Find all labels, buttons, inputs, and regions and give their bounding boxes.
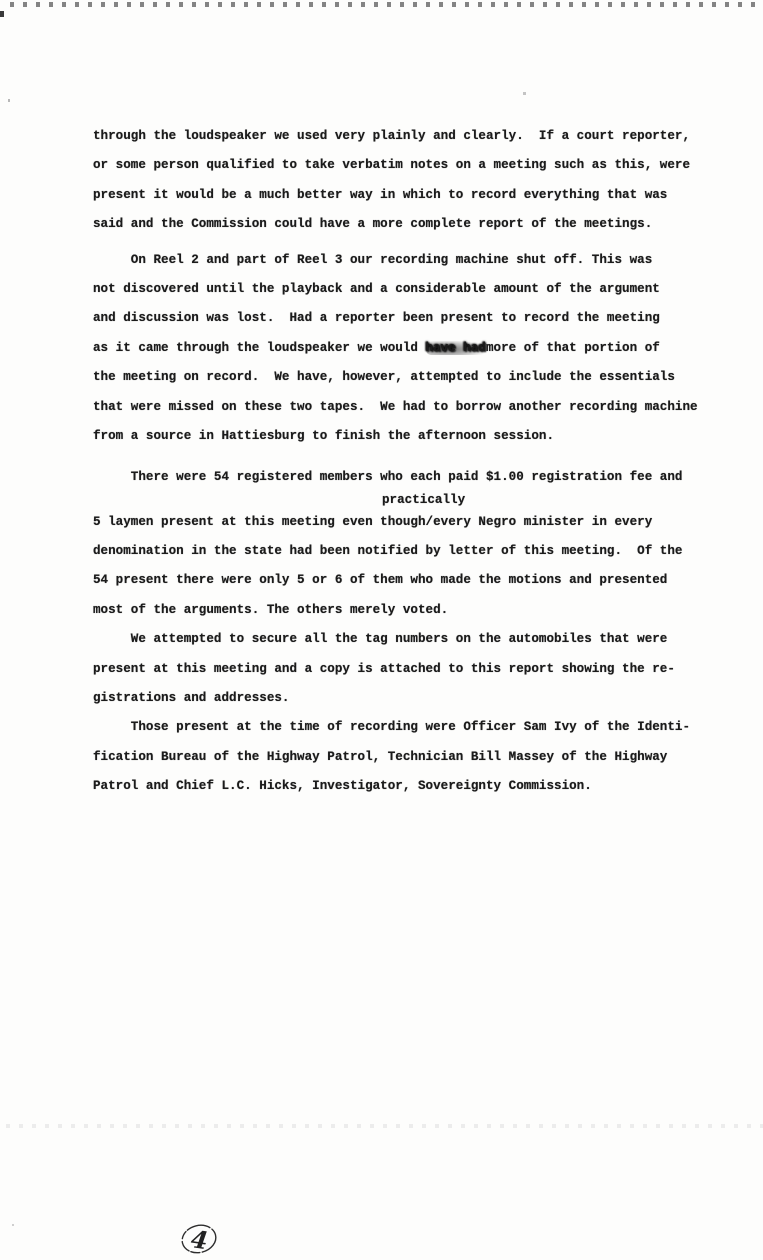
- typed-segment: as it came through the loudspeaker we wo…: [93, 341, 426, 355]
- paragraph-loudspeaker: through the loudspeaker we used very pla…: [93, 122, 763, 240]
- typed-line: denomination in the state had been notif…: [93, 537, 763, 566]
- typed-line: present at this meeting and a copy is at…: [93, 655, 763, 684]
- typed-line-with-overstrike: as it came through the loudspeaker we wo…: [93, 334, 763, 363]
- typed-line: present it would be a much better way in…: [93, 181, 763, 210]
- typed-line: through the loudspeaker we used very pla…: [93, 122, 763, 151]
- typed-line: the meeting on record. We have, however,…: [93, 363, 763, 392]
- scan-speck: [12, 1224, 14, 1226]
- paragraph-those-present: Those present at the time of recording w…: [93, 713, 763, 801]
- overtyped-smudge: have had: [426, 341, 486, 355]
- typed-line: gistrations and addresses.: [93, 684, 763, 713]
- handwritten-page-number: 4: [176, 1220, 224, 1260]
- typed-line: not discovered until the playback and a …: [93, 275, 763, 304]
- typed-line: fication Bureau of the Highway Patrol, T…: [93, 743, 763, 772]
- typed-line: On Reel 2 and part of Reel 3 our recordi…: [93, 246, 763, 275]
- typed-line: Those present at the time of recording w…: [93, 713, 763, 742]
- typed-text-block: through the loudspeaker we used very pla…: [0, 0, 763, 802]
- typed-line: Patrol and Chief L.C. Hicks, Investigato…: [93, 772, 763, 801]
- typed-line: from a source in Hattiesburg to finish t…: [93, 422, 763, 451]
- typed-line: 5 laymen present at this meeting even th…: [93, 508, 763, 537]
- typed-line: said and the Commission could have a mor…: [93, 210, 763, 239]
- paragraph-tag-numbers: We attempted to secure all the tag numbe…: [93, 625, 763, 713]
- inserted-word: practically: [382, 493, 465, 507]
- typed-line: and discussion was lost. Had a reporter …: [93, 304, 763, 333]
- interline-insertion: practically: [93, 493, 763, 508]
- typed-line: or some person qualified to take verbati…: [93, 151, 763, 180]
- typed-line: There were 54 registered members who eac…: [93, 463, 763, 492]
- paragraph-recording-machine: On Reel 2 and part of Reel 3 our recordi…: [93, 246, 763, 452]
- typed-line: We attempted to secure all the tag numbe…: [93, 625, 763, 654]
- typed-line: 54 present there were only 5 or 6 of the…: [93, 566, 763, 595]
- scanned-document-page: through the loudspeaker we used very pla…: [0, 0, 763, 1260]
- paragraph-registered-members: There were 54 registered members who eac…: [93, 463, 763, 625]
- typed-line: most of the arguments. The others merely…: [93, 596, 763, 625]
- dotted-separator-bottom: [6, 1124, 763, 1128]
- typed-segment: more of that portion of: [486, 341, 660, 355]
- typed-line: that were missed on these two tapes. We …: [93, 393, 763, 422]
